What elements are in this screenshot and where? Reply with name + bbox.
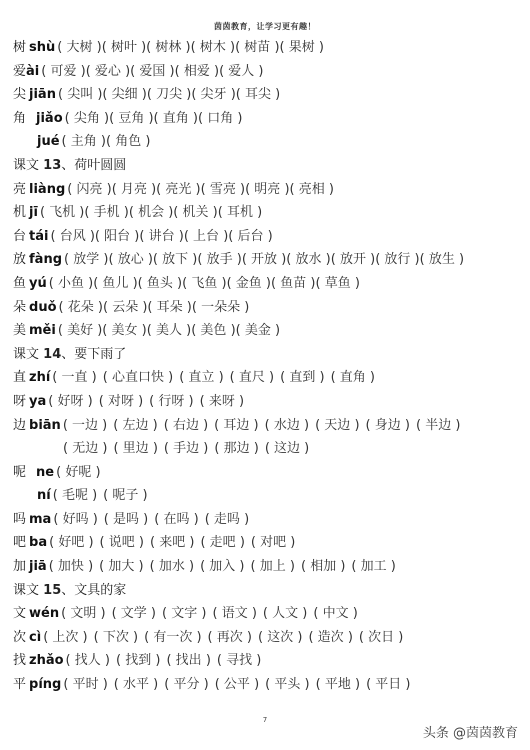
entry-pinyin: jué bbox=[37, 134, 60, 149]
word: 心直口快 bbox=[103, 370, 173, 385]
word: 角色 bbox=[106, 134, 150, 149]
word: 这边 bbox=[265, 441, 309, 456]
entry-line: 加jiā加快加大加水加入加上相加加工 bbox=[13, 555, 523, 579]
entry-char: 次 bbox=[13, 630, 26, 645]
word: 有一次 bbox=[144, 630, 201, 645]
word: 水平 bbox=[114, 677, 158, 692]
word: 放行 bbox=[375, 252, 419, 267]
entry-char: 机 bbox=[13, 205, 26, 220]
word: 天边 bbox=[315, 418, 359, 433]
word: 尖角 bbox=[65, 111, 109, 126]
entry-pinyin: jiǎo bbox=[36, 111, 63, 126]
word: 美人 bbox=[147, 323, 191, 338]
word: 鱼苗 bbox=[271, 276, 315, 291]
word: 耳机 bbox=[218, 205, 262, 220]
word: 语文 bbox=[212, 606, 256, 621]
word: 平头 bbox=[265, 677, 309, 692]
lesson-number: 14 bbox=[43, 347, 61, 362]
entry-line: 平píng平时水平平分公平平头平地平日 bbox=[13, 673, 523, 697]
entry-char: 吗 bbox=[13, 512, 26, 527]
word: 耳朵 bbox=[147, 300, 191, 315]
word: 加大 bbox=[99, 559, 143, 574]
word: 平日 bbox=[366, 677, 410, 692]
entry-pinyin: jiā bbox=[29, 559, 47, 574]
page-header: 茵茵教育，让学习更有趣！ bbox=[0, 21, 530, 32]
word: 在吗 bbox=[154, 512, 198, 527]
word: 机关 bbox=[173, 205, 217, 220]
entry-pinyin: ma bbox=[29, 512, 51, 527]
word: 对吧 bbox=[251, 535, 295, 550]
entry-line: 美měi美好美女美人美色美金 bbox=[13, 319, 523, 343]
word: 爱人 bbox=[219, 64, 263, 79]
word: 放开 bbox=[331, 252, 375, 267]
lesson-label: 课文 bbox=[13, 583, 39, 598]
entry-line: 呀ya好呀对呀行呀来呀 bbox=[13, 390, 523, 414]
word: 闪亮 bbox=[67, 182, 111, 197]
entry-char: 呢 bbox=[13, 465, 26, 480]
word: 小鱼 bbox=[49, 276, 93, 291]
entry-pinyin: jī bbox=[29, 205, 38, 220]
word: 平地 bbox=[316, 677, 360, 692]
lesson-title: 、文具的家 bbox=[61, 583, 126, 598]
word: 这次 bbox=[258, 630, 302, 645]
word: 手机 bbox=[84, 205, 128, 220]
word: 造次 bbox=[308, 630, 352, 645]
entry-char: 平 bbox=[13, 677, 26, 692]
word: 里边 bbox=[113, 441, 157, 456]
word: 对呀 bbox=[99, 394, 143, 409]
entry-char: 放 bbox=[13, 252, 26, 267]
word: 美好 bbox=[58, 323, 102, 338]
entry-char: 直 bbox=[13, 370, 26, 385]
entry-char: 边 bbox=[13, 418, 26, 433]
word: 毛呢 bbox=[53, 488, 97, 503]
word: 耳边 bbox=[214, 418, 258, 433]
word: 文字 bbox=[162, 606, 206, 621]
word: 一边 bbox=[63, 418, 107, 433]
entry-pinyin: liàng bbox=[29, 182, 65, 197]
word: 美金 bbox=[236, 323, 280, 338]
lesson-number: 15 bbox=[43, 583, 61, 598]
word: 好吧 bbox=[49, 535, 93, 550]
word: 台风 bbox=[50, 229, 94, 244]
word: 平分 bbox=[164, 677, 208, 692]
lesson-heading: 课文 14、要下雨了 bbox=[13, 343, 523, 367]
word: 尖叫 bbox=[58, 87, 102, 102]
word: 阳台 bbox=[95, 229, 139, 244]
entry-char: 树 bbox=[13, 40, 26, 55]
word: 月亮 bbox=[112, 182, 156, 197]
word: 亮相 bbox=[290, 182, 334, 197]
entry-char: 文 bbox=[13, 606, 26, 621]
entry-pinyin: fàng bbox=[29, 252, 62, 267]
word: 飞机 bbox=[40, 205, 84, 220]
word: 相加 bbox=[301, 559, 345, 574]
word: 找出 bbox=[166, 653, 210, 668]
word: 树苗 bbox=[235, 40, 279, 55]
entry-pinyin: duǒ bbox=[29, 300, 57, 315]
word: 美色 bbox=[191, 323, 235, 338]
word: 花朵 bbox=[59, 300, 103, 315]
word: 走吗 bbox=[205, 512, 249, 527]
word: 鱼头 bbox=[138, 276, 182, 291]
entry-pinyin: zhí bbox=[29, 370, 50, 385]
entry-line-continuation: 无边里边手边那边这边 bbox=[13, 437, 523, 461]
lesson-label: 课文 bbox=[13, 158, 39, 173]
word: 下次 bbox=[94, 630, 138, 645]
word: 直角 bbox=[154, 111, 198, 126]
word: 是吗 bbox=[104, 512, 148, 527]
entry-char: 加 bbox=[13, 559, 26, 574]
entry-pinyin: měi bbox=[29, 323, 56, 338]
word: 身边 bbox=[366, 418, 410, 433]
word: 相爱 bbox=[175, 64, 219, 79]
lesson-title: 、要下雨了 bbox=[61, 347, 126, 362]
word: 行呀 bbox=[149, 394, 193, 409]
word: 飞鱼 bbox=[182, 276, 226, 291]
word: 金鱼 bbox=[227, 276, 271, 291]
word: 可爱 bbox=[41, 64, 85, 79]
lesson-heading: 课文 13、荷叶圆圆 bbox=[13, 154, 523, 178]
entry-pinyin: zhǎo bbox=[29, 653, 64, 668]
word: 树林 bbox=[146, 40, 190, 55]
word: 左边 bbox=[113, 418, 157, 433]
entry-char: 呀 bbox=[13, 394, 26, 409]
word: 走吧 bbox=[200, 535, 244, 550]
word: 手边 bbox=[164, 441, 208, 456]
entry-pinyin: ya bbox=[29, 394, 46, 409]
entry-char: 吧 bbox=[13, 535, 26, 550]
entry-line: 边biān一边左边右边耳边水边天边身边半边 bbox=[13, 414, 523, 438]
entry-pinyin: biān bbox=[29, 418, 61, 433]
word: 再次 bbox=[208, 630, 252, 645]
word: 树木 bbox=[191, 40, 235, 55]
watermark: 头条 @茵茵教育 bbox=[423, 722, 518, 741]
entry-char: 尖 bbox=[13, 87, 26, 102]
entry-pinyin: píng bbox=[29, 677, 61, 692]
entry-char: 鱼 bbox=[13, 276, 26, 291]
entry-line: 呢ne好呢 bbox=[13, 461, 523, 485]
word: 说吧 bbox=[100, 535, 144, 550]
word: 刀尖 bbox=[147, 87, 191, 102]
word: 呢子 bbox=[103, 488, 147, 503]
word: 放心 bbox=[108, 252, 152, 267]
word: 直尺 bbox=[230, 370, 274, 385]
word: 机会 bbox=[129, 205, 173, 220]
entry-line: 角jiǎo尖角豆角直角口角 bbox=[13, 107, 523, 131]
word: 爱国 bbox=[130, 64, 174, 79]
word: 一朵朵 bbox=[192, 300, 249, 315]
entry-pinyin: yú bbox=[29, 276, 47, 291]
entry-pinyin: ba bbox=[29, 535, 47, 550]
word: 雪亮 bbox=[201, 182, 245, 197]
entry-line: 朵duǒ花朵云朵耳朵一朵朵 bbox=[13, 296, 523, 320]
word: 耳尖 bbox=[236, 87, 280, 102]
word: 找到 bbox=[116, 653, 160, 668]
word: 直到 bbox=[280, 370, 324, 385]
word: 放下 bbox=[153, 252, 197, 267]
entry-line: jué主角角色 bbox=[13, 130, 523, 154]
word: 无边 bbox=[63, 441, 107, 456]
word: 放生 bbox=[420, 252, 464, 267]
entry-pinyin: shù bbox=[29, 40, 55, 55]
word: 好吗 bbox=[53, 512, 97, 527]
entry-char: 美 bbox=[13, 323, 26, 338]
word: 直立 bbox=[179, 370, 223, 385]
lesson-heading: 课文 15、文具的家 bbox=[13, 579, 523, 603]
word: 草鱼 bbox=[315, 276, 359, 291]
word: 半边 bbox=[416, 418, 460, 433]
word: 中文 bbox=[313, 606, 357, 621]
entry-line: 放fàng放学放心放下放手开放放水放开放行放生 bbox=[13, 248, 523, 272]
word: 果树 bbox=[280, 40, 324, 55]
word: 右边 bbox=[164, 418, 208, 433]
entry-line: 找zhǎo找人找到找出寻找 bbox=[13, 649, 523, 673]
entry-line: 吧ba好吧说吧来吧走吧对吧 bbox=[13, 531, 523, 555]
word: 上次 bbox=[43, 630, 87, 645]
entry-line: 台tái台风阳台讲台上台后台 bbox=[13, 225, 523, 249]
lesson-label: 课文 bbox=[13, 347, 39, 362]
word: 鱼儿 bbox=[93, 276, 137, 291]
word: 美女 bbox=[102, 323, 146, 338]
word: 好呀 bbox=[48, 394, 92, 409]
entry-pinyin: tái bbox=[29, 229, 48, 244]
vocabulary-list: 树shù大树树叶树林树木树苗果树 爱ài可爱爱心爱国相爱爱人 尖jiān尖叫尖细… bbox=[13, 36, 523, 697]
word: 放水 bbox=[286, 252, 330, 267]
entry-char: 角 bbox=[13, 111, 26, 126]
word: 加工 bbox=[351, 559, 395, 574]
word: 平时 bbox=[63, 677, 107, 692]
entry-char: 亮 bbox=[13, 182, 26, 197]
word: 直角 bbox=[331, 370, 375, 385]
word: 加水 bbox=[150, 559, 194, 574]
word: 人文 bbox=[263, 606, 307, 621]
word: 来吧 bbox=[150, 535, 194, 550]
word: 放手 bbox=[197, 252, 241, 267]
word: 次日 bbox=[359, 630, 403, 645]
word: 尖牙 bbox=[191, 87, 235, 102]
word: 放学 bbox=[64, 252, 108, 267]
word: 明亮 bbox=[245, 182, 289, 197]
word: 来呀 bbox=[200, 394, 244, 409]
word: 一直 bbox=[52, 370, 96, 385]
word: 那边 bbox=[214, 441, 258, 456]
entry-pinyin: wén bbox=[29, 606, 59, 621]
word: 爱心 bbox=[86, 64, 130, 79]
entry-line: 机jī飞机手机机会机关耳机 bbox=[13, 201, 523, 225]
entry-line: 亮liàng闪亮月亮亮光雪亮明亮亮相 bbox=[13, 178, 523, 202]
word: 云朵 bbox=[103, 300, 147, 315]
lesson-number: 13 bbox=[43, 158, 61, 173]
entry-line: 吗ma好吗是吗在吗走吗 bbox=[13, 508, 523, 532]
word: 上台 bbox=[184, 229, 228, 244]
entry-pinyin: cì bbox=[29, 630, 41, 645]
word: 亮光 bbox=[156, 182, 200, 197]
word: 大树 bbox=[57, 40, 101, 55]
entry-char: 爱 bbox=[13, 64, 26, 79]
entry-line: 爱ài可爱爱心爱国相爱爱人 bbox=[13, 60, 523, 84]
entry-char: 台 bbox=[13, 229, 26, 244]
word: 加入 bbox=[200, 559, 244, 574]
entry-pinyin: ài bbox=[26, 64, 39, 79]
word: 树叶 bbox=[102, 40, 146, 55]
word: 加快 bbox=[49, 559, 93, 574]
word: 文学 bbox=[112, 606, 156, 621]
entry-line: 鱼yú小鱼鱼儿鱼头飞鱼金鱼鱼苗草鱼 bbox=[13, 272, 523, 296]
word: 尖细 bbox=[102, 87, 146, 102]
entry-line: 直zhí一直心直口快直立直尺直到直角 bbox=[13, 366, 523, 390]
entry-char: 找 bbox=[13, 653, 26, 668]
entry-pinyin: jiān bbox=[29, 87, 56, 102]
entry-line: ní毛呢呢子 bbox=[13, 484, 523, 508]
entry-pinyin: ne bbox=[36, 465, 54, 480]
word: 找人 bbox=[66, 653, 110, 668]
word: 主角 bbox=[62, 134, 106, 149]
lesson-title: 、荷叶圆圆 bbox=[61, 158, 126, 173]
entry-char: 朵 bbox=[13, 300, 26, 315]
word: 寻找 bbox=[217, 653, 261, 668]
entry-line: 次cì上次下次有一次再次这次造次次日 bbox=[13, 626, 523, 650]
entry-line: 尖jiān尖叫尖细刀尖尖牙耳尖 bbox=[13, 83, 523, 107]
word: 水边 bbox=[265, 418, 309, 433]
word: 开放 bbox=[242, 252, 286, 267]
word: 文明 bbox=[61, 606, 105, 621]
word: 加上 bbox=[251, 559, 295, 574]
word: 公平 bbox=[215, 677, 259, 692]
word: 讲台 bbox=[139, 229, 183, 244]
word: 后台 bbox=[228, 229, 272, 244]
word: 豆角 bbox=[109, 111, 153, 126]
entry-line: 文wén文明文学文字语文人文中文 bbox=[13, 602, 523, 626]
word: 口角 bbox=[198, 111, 242, 126]
word: 好呢 bbox=[56, 465, 100, 480]
entry-line: 树shù大树树叶树林树木树苗果树 bbox=[13, 36, 523, 60]
entry-pinyin: ní bbox=[37, 488, 51, 503]
